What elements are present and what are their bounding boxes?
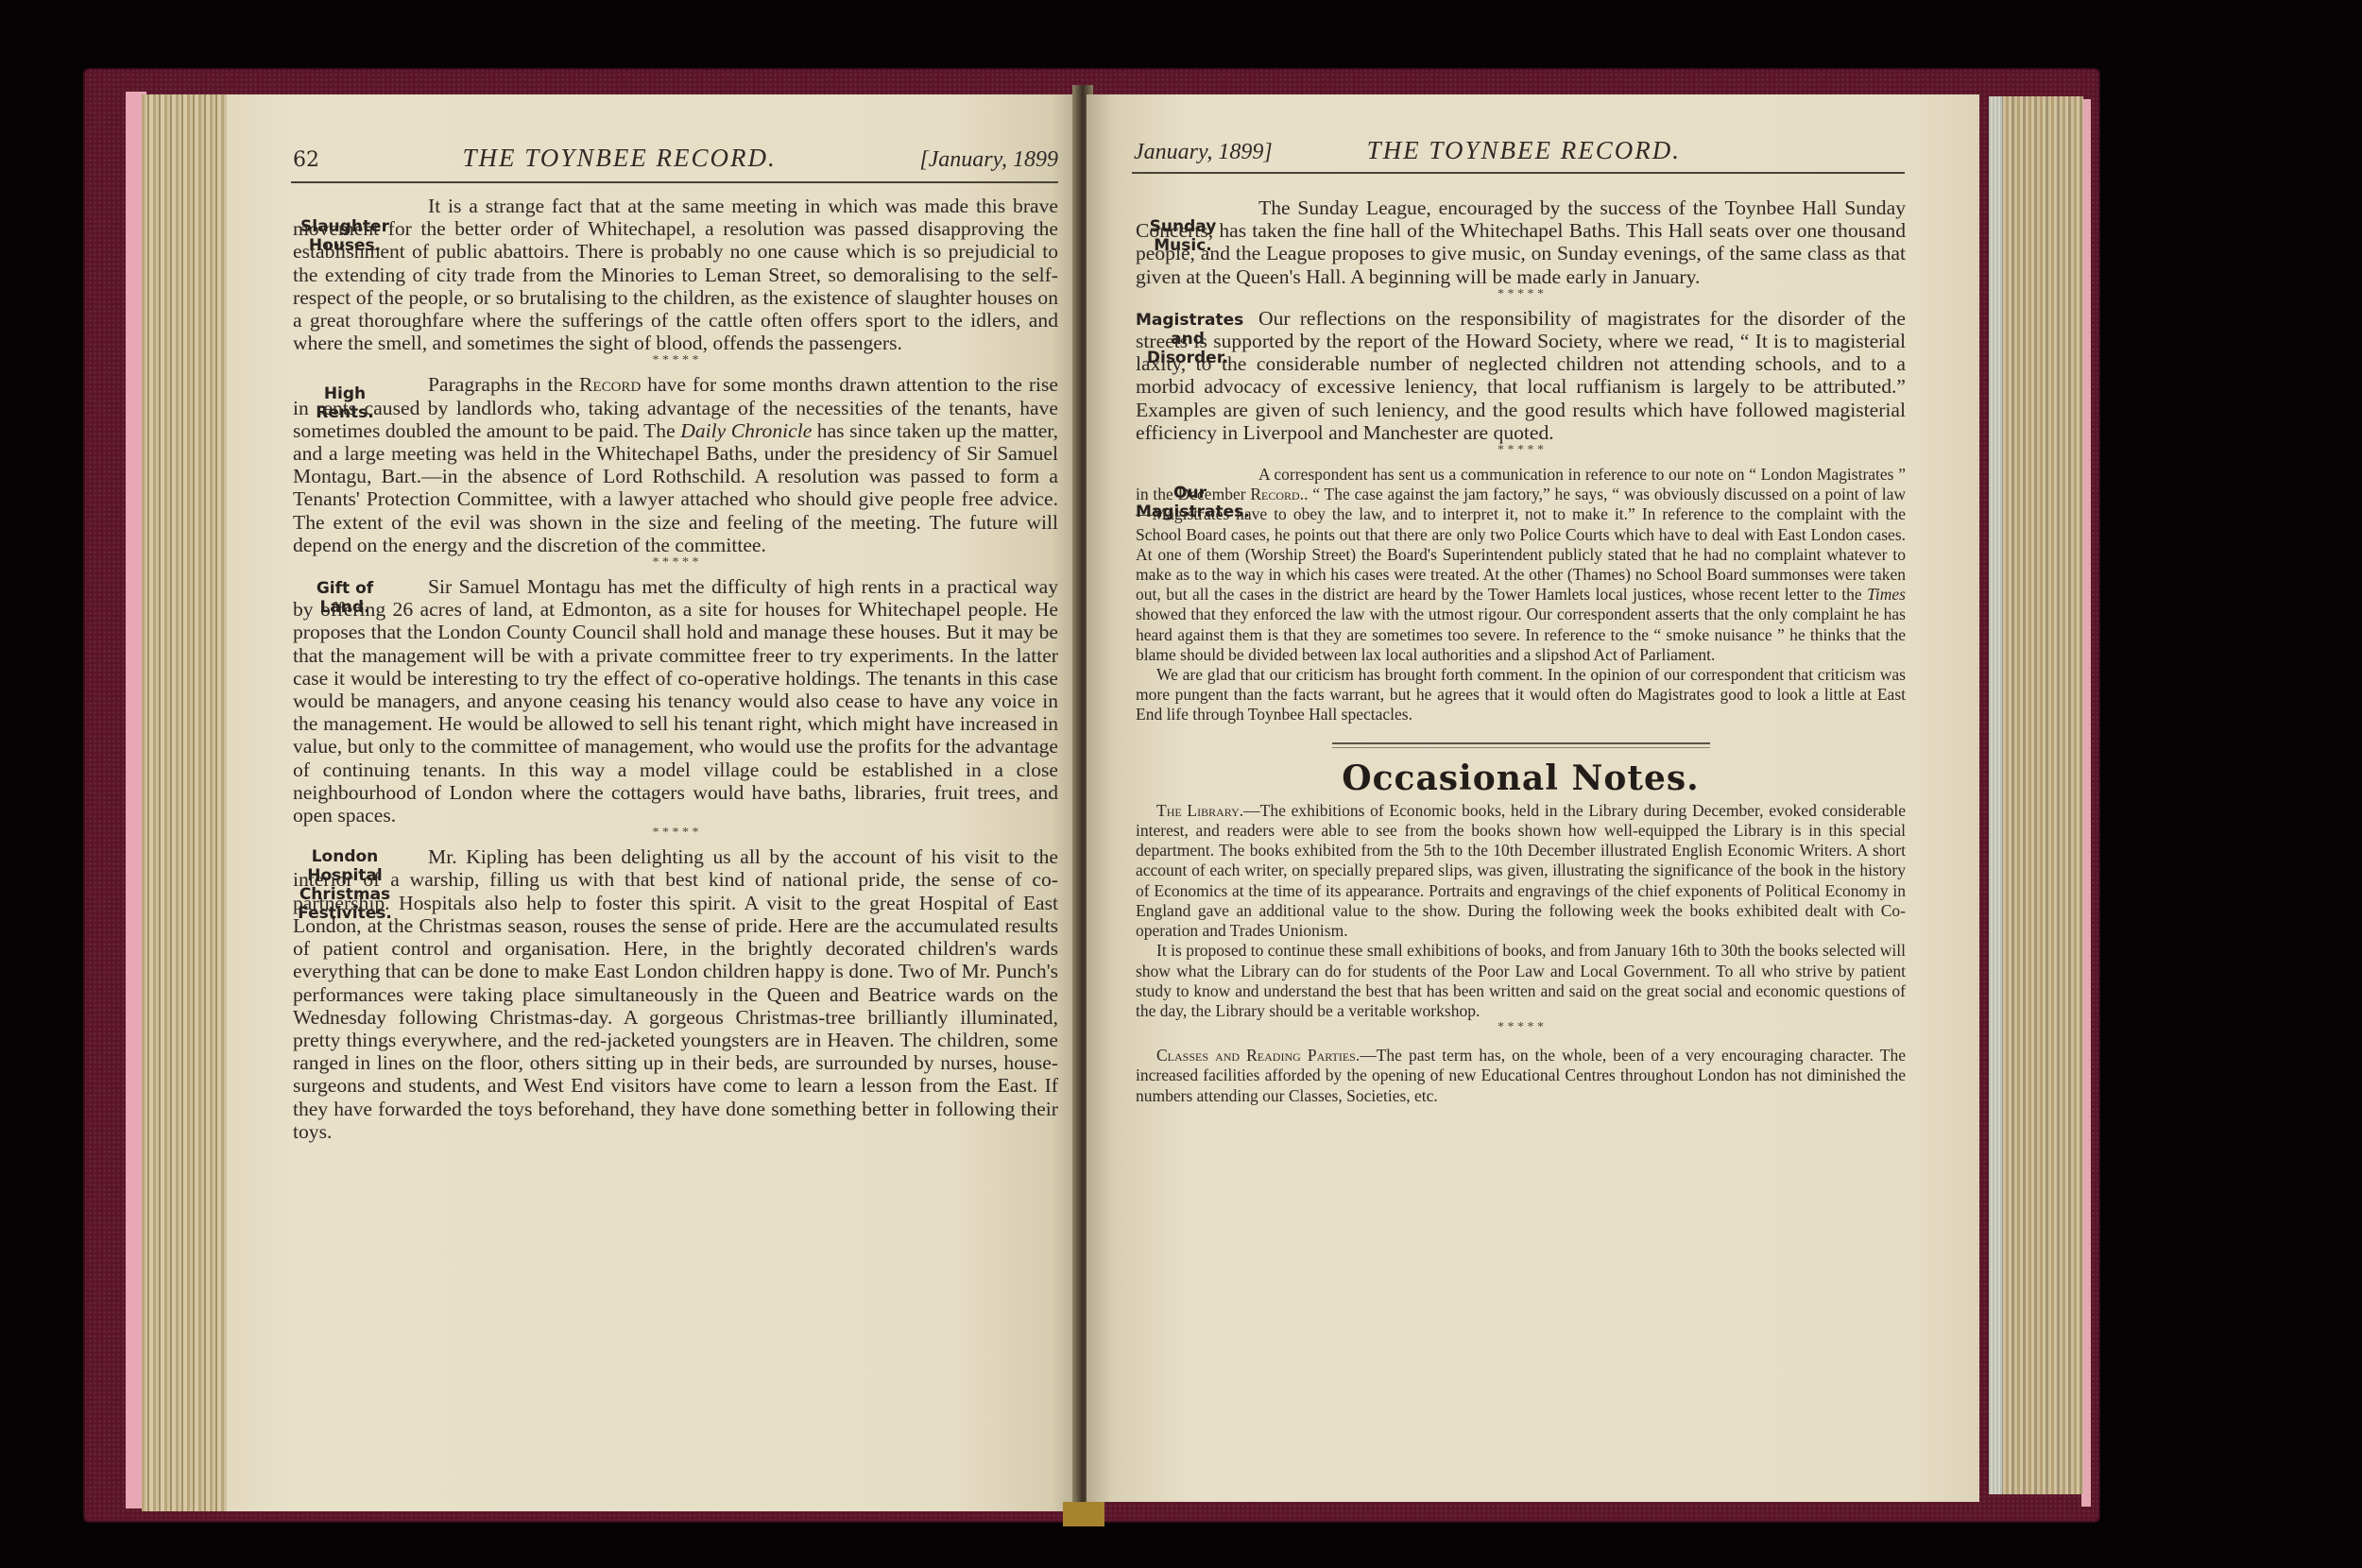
note-classes: Classes and Reading Parties.—The past te… — [1136, 1046, 1906, 1106]
paragraph: It is a strange fact that at the same me… — [293, 195, 1058, 354]
paragraph: We are glad that our criticism has broug… — [1136, 665, 1906, 725]
article-sunday-music: Sunday Music. The Sunday League, encoura… — [1136, 196, 1906, 288]
paragraph: The Sunday League, encouraged by the suc… — [1136, 196, 1906, 288]
occasional-notes: The Library.—The exhibitions of Economic… — [1136, 801, 1906, 1106]
paragraph: Sir Samuel Montagu has met the difficult… — [293, 575, 1058, 827]
header-rule — [1132, 172, 1905, 174]
article-london-hospital: London Hospital Christmas Festivites. Mr… — [293, 845, 1058, 1143]
article-slaughter-houses: Slaughter Houses. It is a strange fact t… — [293, 195, 1058, 354]
section-separator: * * * * * — [1136, 288, 1906, 301]
section-divider — [1332, 742, 1710, 748]
left-column: Slaughter Houses. It is a strange fact t… — [293, 195, 1058, 1143]
article-high-rents: High Rents. Paragraphs in the Record hav… — [293, 373, 1058, 556]
paragraph: Paragraphs in the Record have for some m… — [293, 373, 1058, 556]
journal-title: THE TOYNBEE RECORD. — [1367, 136, 1681, 165]
occasional-notes-heading: Occasional Notes. — [1136, 767, 1906, 790]
article-our-magistrates: Our Magistrates. A correspondent has sen… — [1136, 465, 1906, 725]
page-stack-right — [1989, 96, 2083, 1494]
section-separator: * * * * * — [293, 354, 1058, 367]
text: —The exhibitions of Economic books, held… — [1136, 801, 1906, 940]
issue-date: [January, 1899 — [919, 147, 1058, 173]
note-library: The Library.—The exhibitions of Economic… — [1136, 801, 1906, 941]
article-magistrates-disorder: Magistrates and Disorder. Our reflection… — [1136, 307, 1906, 444]
text: showed that they enforced the law with t… — [1136, 605, 1906, 663]
left-running-head: 62 THE TOYNBEE RECORD. [January, 1899 — [293, 144, 1058, 173]
page-number: 62 — [293, 148, 319, 172]
note-label: The Library. — [1156, 801, 1243, 820]
record-name: Record — [1250, 485, 1299, 503]
text: Paragraphs in the — [428, 373, 579, 396]
section-separator: * * * * * — [293, 556, 1058, 570]
article-gift-of-land: Gift of Land. Sir Samuel Montagu has met… — [293, 575, 1058, 827]
right-column: Sunday Music. The Sunday League, encoura… — [1136, 196, 1906, 1106]
section-separator: * * * * * — [1136, 444, 1906, 457]
page-stack-left — [142, 94, 227, 1511]
right-running-head: January, 1899] THE TOYNBEE RECORD. — [1134, 136, 1908, 165]
journal-title: THE TOYNBEE RECORD. — [463, 144, 777, 173]
note-label: Classes and Reading Parties. — [1156, 1046, 1360, 1065]
paragraph: A correspondent has sent us a communicat… — [1136, 465, 1906, 665]
paragraph: Mr. Kipling has been delighting us all b… — [293, 845, 1058, 1143]
issue-date: January, 1899] — [1134, 140, 1273, 165]
header-rule — [291, 181, 1058, 183]
section-separator: * * * * * — [293, 827, 1058, 840]
headband — [1063, 1502, 1104, 1526]
paragraph: Our reflections on the responsibility of… — [1136, 307, 1906, 444]
record-name: Record — [579, 373, 641, 396]
section-separator: * * * * * — [1136, 1021, 1906, 1034]
page-stack-inner — [1989, 96, 2002, 1494]
newspaper-title: Times — [1867, 585, 1906, 604]
note-library-continued: It is proposed to continue these small e… — [1136, 941, 1906, 1021]
newspaper-title: Daily Chronicle — [680, 419, 812, 442]
left-page: 62 THE TOYNBEE RECORD. [January, 1899 Sl… — [227, 94, 1077, 1511]
right-page: January, 1899] THE TOYNBEE RECORD. Sunda… — [1087, 94, 1979, 1502]
